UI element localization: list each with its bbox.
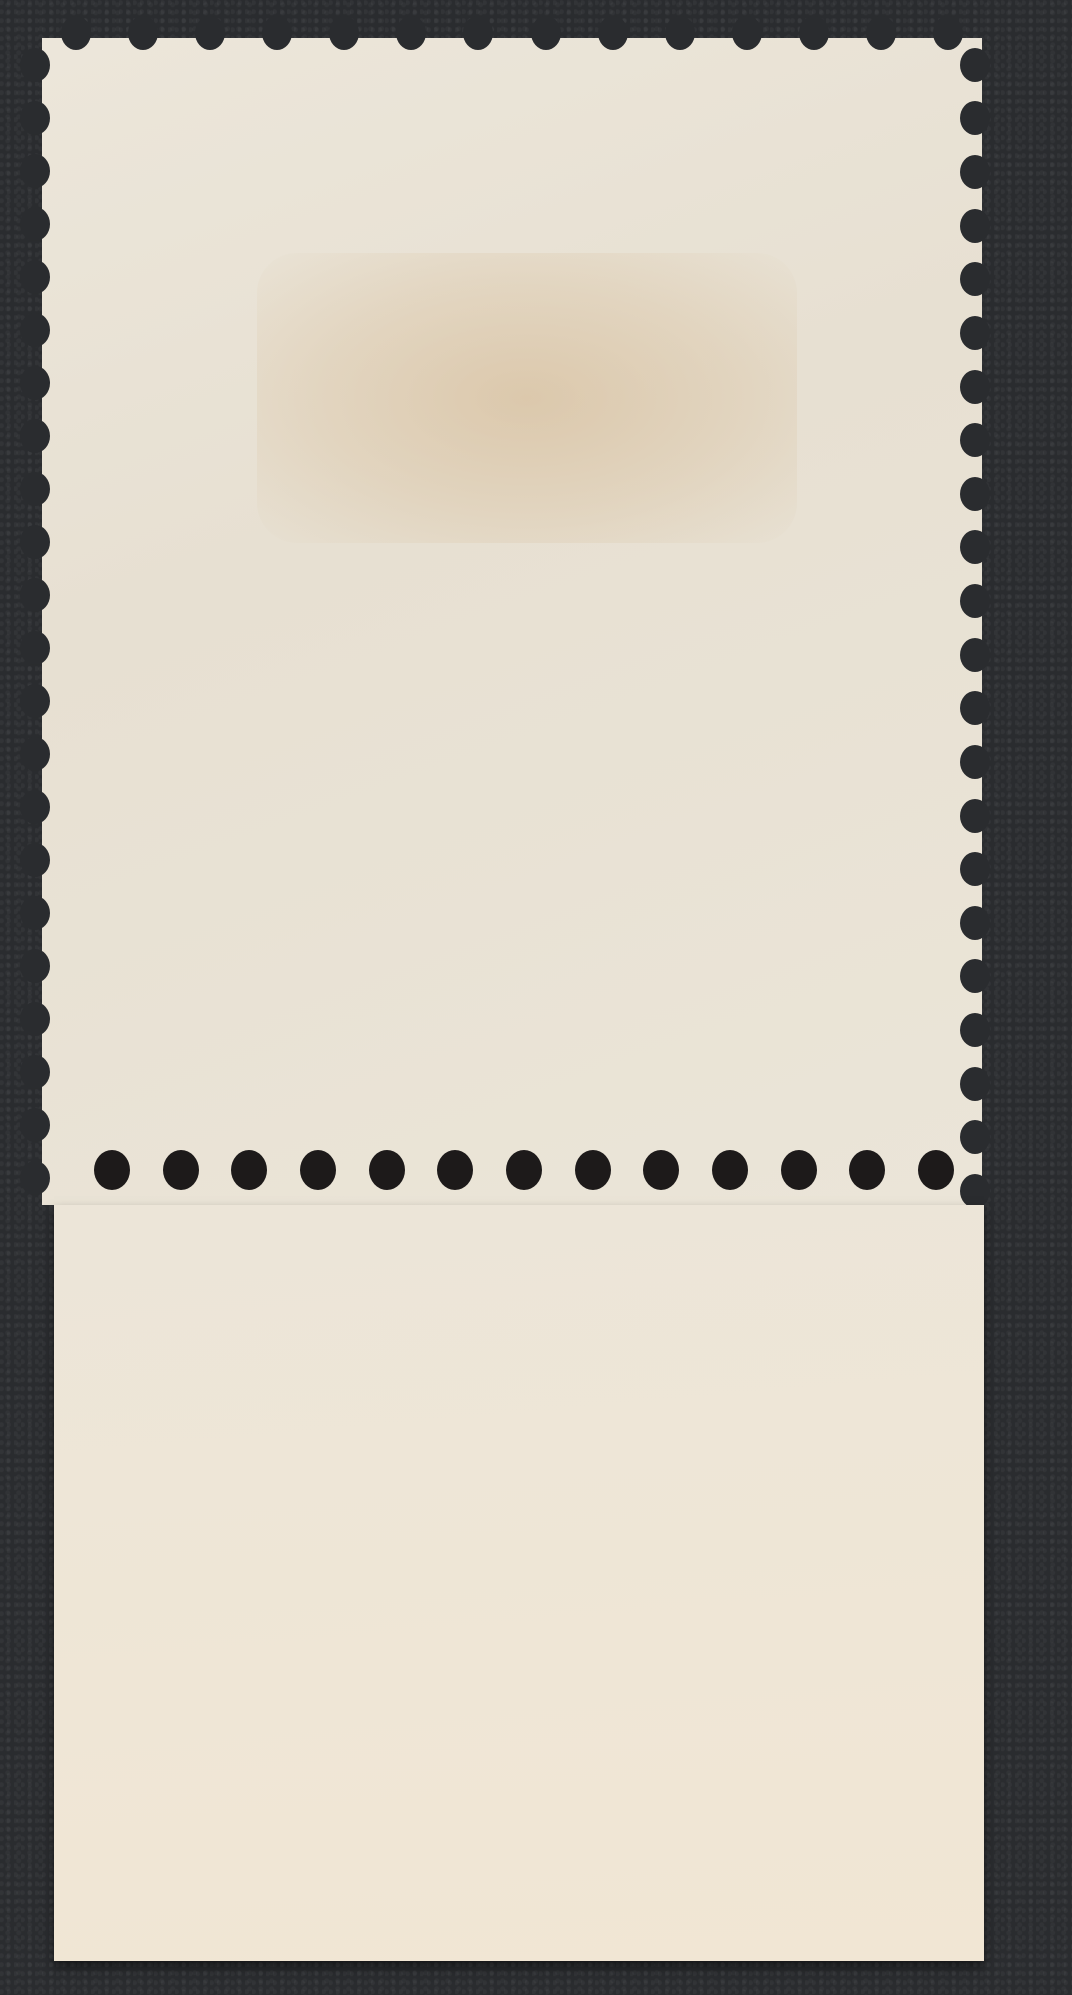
perforation-hole — [960, 906, 990, 940]
perforation-hole — [20, 48, 50, 82]
separation-hole — [575, 1150, 611, 1190]
perforation-hole — [960, 1120, 990, 1154]
perforation-hole — [799, 16, 829, 50]
perforation-hole — [960, 1067, 990, 1101]
perforation-hole — [20, 631, 50, 665]
perforation-hole — [396, 16, 426, 50]
perforation-hole — [960, 370, 990, 404]
separation-hole — [163, 1150, 199, 1190]
perforation-hole — [960, 799, 990, 833]
perforation-hole — [20, 1161, 50, 1195]
perforation-hole — [20, 843, 50, 877]
separation-perforation-row — [94, 1150, 954, 1190]
perforation-hole — [960, 209, 990, 243]
perforation-hole — [20, 684, 50, 718]
perforation-hole — [933, 16, 963, 50]
perforation-hole — [20, 1002, 50, 1036]
separation-hole — [781, 1150, 817, 1190]
stamp-back — [42, 38, 982, 1205]
perforation-hole — [20, 313, 50, 347]
stamp — [42, 38, 982, 1961]
perforation-hole — [531, 16, 561, 50]
perforation-hole — [20, 419, 50, 453]
separation-hole — [300, 1150, 336, 1190]
perforation-hole — [61, 16, 91, 50]
hinge-stain — [257, 253, 797, 543]
separation-hole — [643, 1150, 679, 1190]
perforation-hole — [20, 525, 50, 559]
separation-hole — [94, 1150, 130, 1190]
perforation-hole — [195, 16, 225, 50]
perforation-hole — [20, 366, 50, 400]
perforation-hole — [262, 16, 292, 50]
perforation-hole — [732, 16, 762, 50]
perforation-hole — [960, 316, 990, 350]
top-perforations — [42, 16, 982, 60]
separation-hole — [918, 1150, 954, 1190]
separation-hole — [712, 1150, 748, 1190]
perforation-hole — [20, 737, 50, 771]
perforation-hole — [960, 691, 990, 725]
perforation-hole — [20, 949, 50, 983]
perforation-hole — [960, 1013, 990, 1047]
perforation-hole — [20, 1055, 50, 1089]
perforation-hole — [960, 101, 990, 135]
perforation-hole — [329, 16, 359, 50]
perforation-hole — [665, 16, 695, 50]
perforation-hole — [960, 530, 990, 564]
perforation-hole — [960, 584, 990, 618]
perforation-hole — [20, 207, 50, 241]
perforation-hole — [960, 477, 990, 511]
perforation-hole — [960, 745, 990, 779]
separation-hole — [849, 1150, 885, 1190]
right-perforations — [960, 38, 1004, 1218]
perforation-hole — [20, 101, 50, 135]
perforation-hole — [20, 154, 50, 188]
separation-hole — [437, 1150, 473, 1190]
perforation-hole — [960, 852, 990, 886]
perforation-hole — [20, 578, 50, 612]
perforation-hole — [20, 1108, 50, 1142]
separation-hole — [369, 1150, 405, 1190]
perforation-hole — [960, 262, 990, 296]
perforation-hole — [960, 155, 990, 189]
perforation-hole — [20, 472, 50, 506]
perforation-hole — [960, 959, 990, 993]
left-perforations — [20, 38, 64, 1205]
perforation-hole — [960, 48, 990, 82]
perforation-hole — [960, 1174, 990, 1208]
separation-hole — [231, 1150, 267, 1190]
perforation-hole — [20, 260, 50, 294]
perforation-hole — [866, 16, 896, 50]
perforation-hole — [598, 16, 628, 50]
perforation-hole — [128, 16, 158, 50]
perforation-hole — [20, 896, 50, 930]
perforation-hole — [960, 638, 990, 672]
perforation-hole — [20, 790, 50, 824]
perforation-hole — [463, 16, 493, 50]
selvage-tab — [54, 1205, 984, 1961]
perforation-hole — [960, 423, 990, 457]
separation-hole — [506, 1150, 542, 1190]
